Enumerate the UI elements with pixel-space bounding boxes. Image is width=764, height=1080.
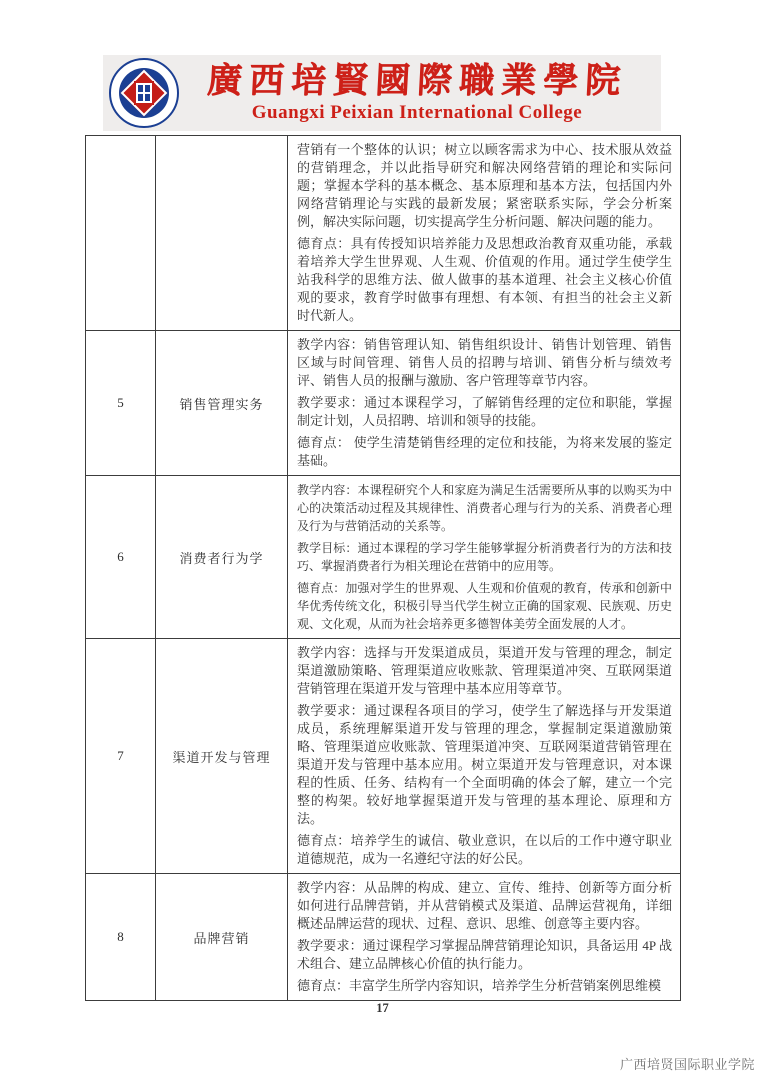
description-paragraph: 德育点：加强对学生的世界观、人生观和价值观的教育，传承和创新中华优秀传统文化，积… bbox=[297, 579, 672, 633]
course-description-cell: 教学内容：销售管理认知、销售组织设计、销售计划管理、销售区域与时间管理、销售人员… bbox=[288, 331, 681, 476]
description-paragraph: 教学内容：从品牌的构成、建立、宣传、维持、创新等方面分析如何进行品牌营销，并从营… bbox=[297, 879, 672, 933]
course-description-cell: 教学内容：选择与开发渠道成员，渠道开发与管理的理念，制定渠道激励策略、管理渠道应… bbox=[288, 639, 681, 874]
page-header: 廣西培賢國際職業學院 Guangxi Peixian International… bbox=[103, 55, 661, 131]
footer-watermark: 广西培贤国际职业学院 bbox=[620, 1054, 755, 1073]
course-number-cell: 8 bbox=[86, 874, 156, 1001]
college-name-zh: 廣西培賢國際職業學院 bbox=[206, 63, 628, 100]
description-paragraph: 教学内容：销售管理认知、销售组织设计、销售计划管理、销售区域与时间管理、销售人员… bbox=[297, 336, 672, 390]
course-number-cell: 6 bbox=[86, 476, 156, 639]
table-row-8: 8 品牌营销 教学内容：从品牌的构成、建立、宣传、维持、创新等方面分析如何进行品… bbox=[86, 874, 681, 1001]
course-name-cell: 销售管理实务 bbox=[156, 331, 288, 476]
description-paragraph: 教学内容：选择与开发渠道成员，渠道开发与管理的理念，制定渠道激励策略、管理渠道应… bbox=[297, 644, 672, 698]
description-paragraph: 德育点：具有传授知识培养能力及思想政治教育双重功能，承载着培养大学生世界观、人生… bbox=[297, 235, 672, 325]
courses-table: 营销有一个整体的认识；树立以顾客需求为中心、技术服从效益的营销理念，并以此指导研… bbox=[85, 135, 681, 1001]
description-paragraph: 教学目标：通过本课程的学习学生能够掌握分析消费者行为的方法和技巧、掌握消费者行为… bbox=[297, 539, 672, 575]
course-number-cell: 5 bbox=[86, 331, 156, 476]
description-paragraph: 德育点：丰富学生所学内容知识，培养学生分析营销案例思维模 bbox=[297, 977, 672, 995]
college-seal-icon bbox=[109, 58, 179, 128]
description-paragraph: 教学内容：本课程研究个人和家庭为满足生活需要所从事的以购买为中心的决策活动过程及… bbox=[297, 481, 672, 535]
table-row-5: 5 销售管理实务 教学内容：销售管理认知、销售组织设计、销售计划管理、销售区域与… bbox=[86, 331, 681, 476]
course-name-cell bbox=[156, 136, 288, 331]
document-page: { "header": { "college_name_zh": "廣西培賢國際… bbox=[0, 0, 764, 1080]
table-row-7: 7 渠道开发与管理 教学内容：选择与开发渠道成员，渠道开发与管理的理念，制定渠道… bbox=[86, 639, 681, 874]
course-description-cell: 教学内容：从品牌的构成、建立、宣传、维持、创新等方面分析如何进行品牌营销，并从营… bbox=[288, 874, 681, 1001]
course-number-cell: 7 bbox=[86, 639, 156, 874]
table-row-continuation: 营销有一个整体的认识；树立以顾客需求为中心、技术服从效益的营销理念，并以此指导研… bbox=[86, 136, 681, 331]
course-description-cell: 营销有一个整体的认识；树立以顾客需求为中心、技术服从效益的营销理念，并以此指导研… bbox=[288, 136, 681, 331]
description-paragraph: 德育点： 使学生清楚销售经理的定位和技能，为将来发展的鉴定基础。 bbox=[297, 434, 672, 470]
description-paragraph: 教学要求：通过课程各项目的学习，使学生了解选择与开发渠道成员，系统理解渠道开发与… bbox=[297, 702, 672, 828]
college-name-en: Guangxi Peixian International College bbox=[252, 103, 582, 123]
course-name-cell: 消费者行为学 bbox=[156, 476, 288, 639]
course-number-cell bbox=[86, 136, 156, 331]
seal-building-icon bbox=[134, 81, 154, 105]
page-number: 17 bbox=[85, 1001, 680, 1016]
course-name-cell: 渠道开发与管理 bbox=[156, 639, 288, 874]
course-name-cell: 品牌营销 bbox=[156, 874, 288, 1001]
seal-core bbox=[119, 68, 169, 118]
course-description-cell: 教学内容：本课程研究个人和家庭为满足生活需要所从事的以购买为中心的决策活动过程及… bbox=[288, 476, 681, 639]
description-paragraph: 营销有一个整体的认识；树立以顾客需求为中心、技术服从效益的营销理念，并以此指导研… bbox=[297, 141, 672, 231]
description-paragraph: 教学要求：通过课程学习掌握品牌营销理论知识，具备运用 4P 战术组合、建立品牌核… bbox=[297, 937, 672, 973]
description-paragraph: 教学要求：通过本课程学习，了解销售经理的定位和职能，掌握制定计划，人员招聘、培训… bbox=[297, 394, 672, 430]
description-paragraph: 德育点：培养学生的诚信、敬业意识，在以后的工作中遵守职业道德规范，成为一名遵纪守… bbox=[297, 832, 672, 868]
header-titles: 廣西培賢國際職業學院 Guangxi Peixian International… bbox=[179, 63, 655, 123]
table-row-6: 6 消费者行为学 教学内容：本课程研究个人和家庭为满足生活需要所从事的以购买为中… bbox=[86, 476, 681, 639]
